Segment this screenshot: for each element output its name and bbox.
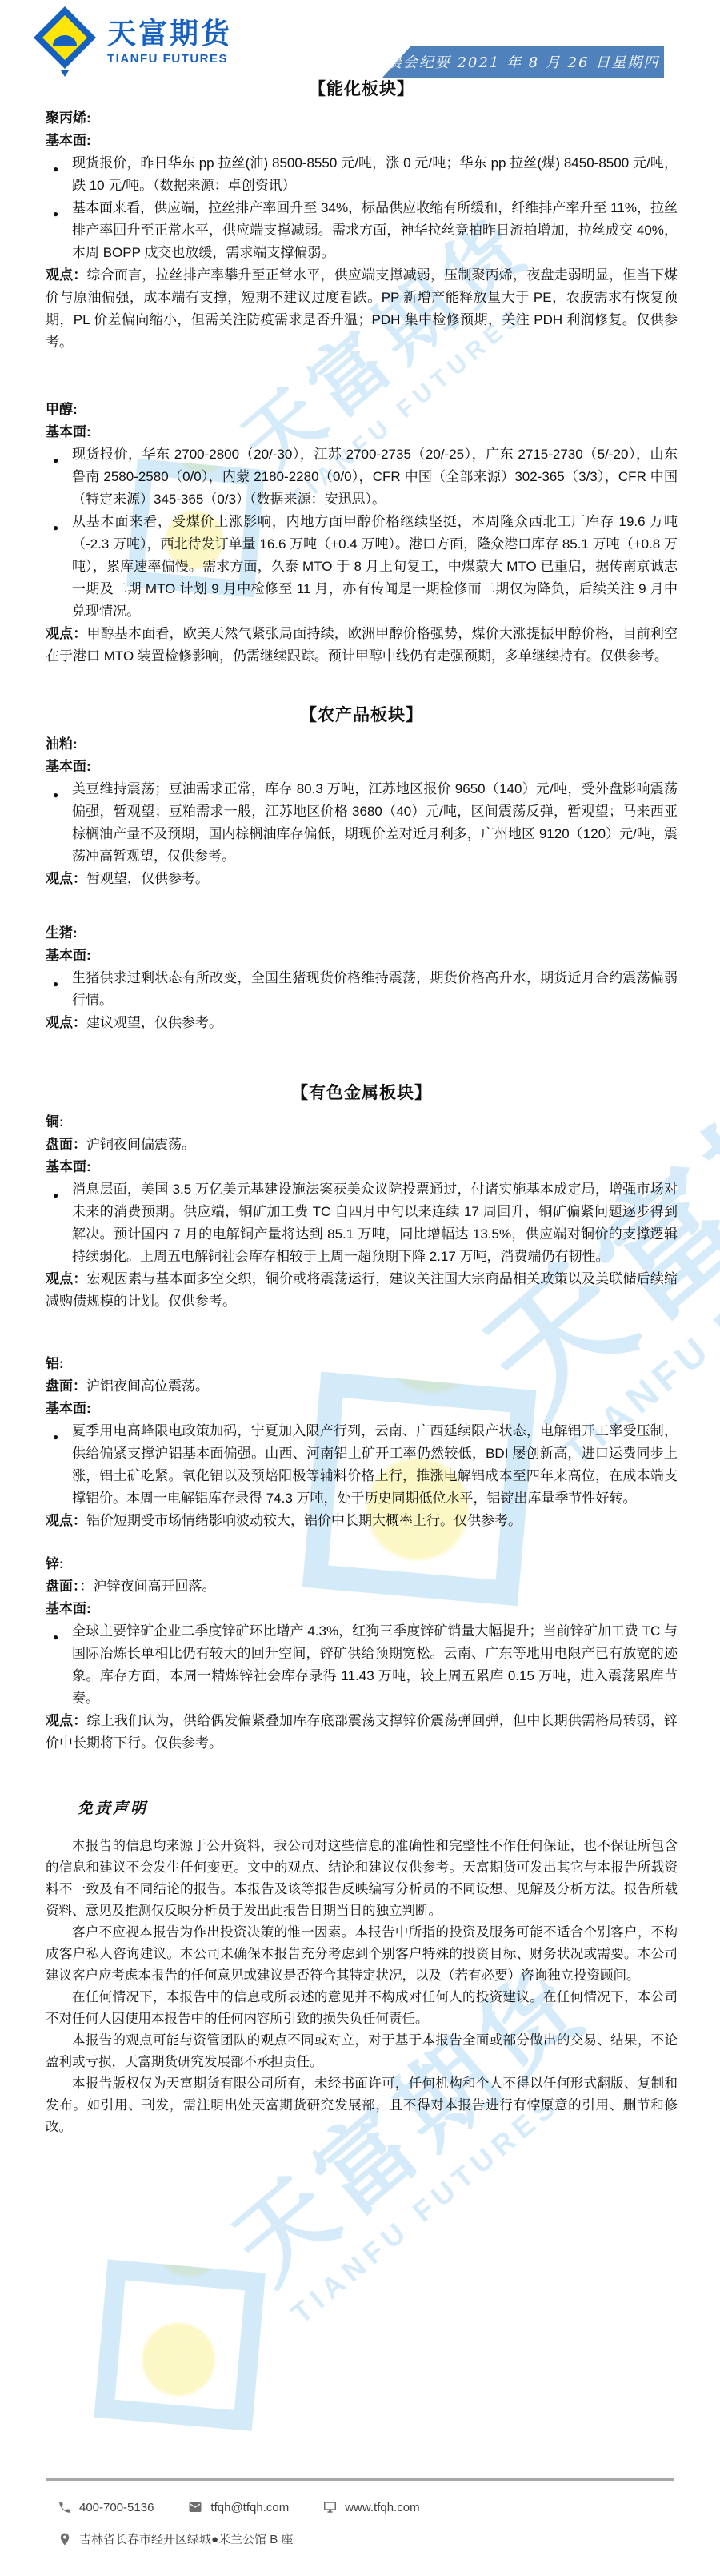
bullet-item: ● 现货报价，昨日华东 pp 拉丝(油) 8500-8550 元/吨，涨 0 元… — [46, 152, 678, 197]
fundamentals-label: 基本面: — [46, 130, 678, 152]
fundamentals-label: 基本面: — [46, 756, 678, 778]
bullet-text: 全球主要锌矿企业二季度锌矿环比增产 4.3%，红狗三季度锌矿销量大幅提升；当前锌… — [72, 1620, 678, 1710]
bullet-icon: ● — [46, 197, 72, 264]
fundamentals-label: 基本面: — [46, 945, 678, 967]
commodity-name: 油粕: — [46, 733, 678, 756]
viewpoint-text: 综上我们认为，供给偶发偏紧叠加库存底部震荡支撑锌价震荡弹回弹，但中长期供需格局转… — [46, 1713, 678, 1751]
section-title-agriculture: 【农产品板块】 — [46, 704, 678, 727]
fundamentals-label: 基本面: — [46, 421, 678, 443]
bullet-item: ● 全球主要锌矿企业二季度锌矿环比增产 4.3%，红狗三季度锌矿销量大幅提升；当… — [46, 1620, 678, 1710]
bullet-text: 现货报价，昨日华东 pp 拉丝(油) 8500-8550 元/吨，涨 0 元/吨… — [72, 152, 678, 197]
fundamentals-label: 基本面: — [46, 1598, 678, 1620]
footer-email[interactable]: tfqh@tfqh.com — [187, 2500, 289, 2514]
bullet-text: 夏季用电高峰限电政策加码，宁夏加入限产行列，云南、广西延续限产状态，电解铝开工率… — [72, 1420, 678, 1510]
location-pin-icon — [58, 2531, 72, 2547]
bullet-item: ● 现货报价，华东 2700-2800（20/-30），江苏 2700-2735… — [46, 443, 678, 511]
board-summary: 盘面：沪铝夜间高位震荡。 — [46, 1375, 678, 1398]
brand-watermark: 天富期货 TIANFU FUTURES — [48, 2121, 656, 2280]
viewpoint: 观点：综合而言，拉丝排产率攀升至正常水平，供应端支撑减弱，压制聚丙烯，夜盘走弱明… — [46, 264, 678, 354]
bullet-icon: ● — [46, 1620, 72, 1710]
report-body: 【能化板块】 聚丙烯: 基本面: ● 现货报价，昨日华东 pp 拉丝(油) 85… — [46, 78, 678, 2137]
page-header: 天富期货 TIANFU FUTURES 晨会纪要 2021 年 8 月 26 日… — [0, 0, 720, 80]
commodity-polypropylene: 聚丙烯: 基本面: ● 现货报价，昨日华东 pp 拉丝(油) 8500-8550… — [46, 107, 678, 354]
commodity-methanol: 甲醇: 基本面: ● 现货报价，华东 2700-2800（20/-30），江苏 … — [46, 399, 678, 668]
commodity-zinc: 锌: 盘面：：沪锌夜间高开回落。 基本面: ● 全球主要锌矿企业二季度锌矿环比增… — [46, 1553, 678, 1755]
board-summary: 盘面：：沪锌夜间高开回落。 — [46, 1575, 678, 1598]
board-label: 盘面： — [46, 1579, 80, 1594]
report-page: 天富期货 TIANFU FUTURES 天富期货 TIANFU FUTURES … — [0, 0, 720, 2576]
bullet-item: ● 消息层面，美国 3.5 万亿美元基建设施法案获美众议院投票通过，付诸实施基本… — [46, 1178, 678, 1268]
bullet-text: 基本面来看，供应端，拉丝排产率回升至 34%，标品供应收缩有所缓和，纤维排产率升… — [72, 197, 678, 264]
address-text: 吉林省长春市经开区绿城●米兰公馆 B 座 — [79, 2530, 293, 2547]
bullet-icon: ● — [46, 778, 72, 868]
board-label: 盘面： — [46, 1378, 86, 1394]
phone-icon — [58, 2500, 72, 2514]
watermark-diamond-logo — [94, 2259, 266, 2431]
disclaimer-paragraph: 本报告版权仅为天富期货有限公司所有，未经书面许可，任何机构和个人不得以任何形式翻… — [46, 2072, 678, 2137]
viewpoint-text: 综合而言，拉丝排产率攀升至正常水平，供应端支撑减弱，压制聚丙烯，夜盘走弱明显，但… — [46, 267, 678, 350]
brand-name-cn: 天富期货 — [107, 19, 232, 48]
commodity-name: 甲醇: — [46, 399, 678, 421]
viewpoint: 观点：铝价短期受市场情绪影响波动较大，铝价中长期大概率上行。仅供参考。 — [46, 1510, 678, 1532]
viewpoint-text: 建议观望，仅供参考。 — [86, 1015, 222, 1030]
commodity-name: 锌: — [46, 1553, 678, 1575]
report-title-date: 晨会纪要 2021 年 8 月 26 日星期四 — [387, 51, 660, 72]
viewpoint: 观点：综上我们认为，供给偶发偏紧叠加库存底部震荡支撑锌价震荡弹回弹，但中长期供需… — [46, 1710, 678, 1755]
commodity-name: 聚丙烯: — [46, 107, 678, 130]
commodity-hogs: 生猪: 基本面: ● 生猪供求过剩状态有所改变，全国生猪现货价格维持震荡，期货价… — [46, 922, 678, 1034]
viewpoint-label: 观点： — [46, 1271, 87, 1286]
disclaimer-section: 免责声明 本报告的信息均来源于公开资料，我公司对这些信息的准确性和完整性不作任何… — [46, 1798, 678, 2137]
board-label: 盘面： — [46, 1137, 86, 1152]
viewpoint-label: 观点： — [46, 1713, 87, 1728]
commodity-name: 生猪: — [46, 922, 678, 945]
bullet-item: ● 从基本面来看，受煤价上涨影响，内地方面甲醇价格继续坚挺，本周隆众西北工厂库存… — [46, 511, 678, 623]
footer-address: 吉林省长春市经开区绿城●米兰公馆 B 座 — [58, 2530, 293, 2547]
disclaimer-paragraph: 本报告的观点可能与资管团队的观点不同或对立，对于基于本报告全面或部分做出的交易、… — [46, 2029, 678, 2072]
footer-website[interactable]: www.tfqh.com — [322, 2500, 419, 2514]
board-text: ：沪锌夜间高开回落。 — [80, 1579, 216, 1594]
viewpoint-text: 铝价短期受市场情绪影响波动较大，铝价中长期大概率上行。仅供参考。 — [86, 1513, 522, 1528]
monitor-icon — [322, 2500, 338, 2514]
viewpoint: 观点：甲醇基本面看，欧美天然气紧张局面持续，欧洲甲醇价格强势，煤价大涨提振甲醇价… — [46, 623, 678, 668]
disclaimer-paragraph: 在任何情况下，本报告中的信息或所表述的意见并不构成对任何人的投资建议。在任何情况… — [46, 1986, 678, 2029]
board-text: 沪铝夜间高位震荡。 — [86, 1378, 209, 1394]
website-url: www.tfqh.com — [345, 2501, 419, 2514]
company-logo: 天富期货 TIANFU FUTURES — [34, 6, 232, 77]
viewpoint-label: 观点： — [46, 267, 87, 283]
viewpoint-label: 观点： — [46, 1513, 86, 1528]
bullet-text: 生猪供求过剩状态有所改变，全国生猪现货价格维持震荡，期货价格高升水，期货近月合约… — [72, 967, 678, 1012]
disclaimer-paragraph: 本报告的信息均来源于公开资料，我公司对这些信息的准确性和完整性不作任何保证，也不… — [46, 1835, 678, 1921]
board-text: 沪铜夜间偏震荡。 — [86, 1137, 195, 1152]
bullet-item: ● 夏季用电高峰限电政策加码，宁夏加入限产行列，云南、广西延续限产状态，电解铝开… — [46, 1420, 678, 1510]
disclaimer-paragraph: 客户不应视本报告为作出投资决策的惟一因素。本报告中所指的投资及服务可能不适合个别… — [46, 1921, 678, 1986]
page-footer: 400-700-5136 tfqh@tfqh.com www.tfqh.com … — [0, 2478, 720, 2563]
bullet-item: ● 生猪供求过剩状态有所改变，全国生猪现货价格维持震荡，期货价格高升水，期货近月… — [46, 967, 678, 1012]
viewpoint-label: 观点： — [46, 1015, 86, 1030]
bullet-item: ● 美豆维持震荡；豆油需求正常，库存 80.3 万吨，江苏地区报价 9650（1… — [46, 778, 678, 868]
email-address: tfqh@tfqh.com — [210, 2501, 289, 2514]
section-title-energy: 【能化板块】 — [46, 78, 678, 101]
bullet-text: 消息层面，美国 3.5 万亿美元基建设施法案获美众议院投票通过，付诸实施基本成定… — [72, 1178, 678, 1268]
disclaimer-title: 免责声明 — [78, 1798, 678, 1820]
viewpoint: 观点：暂观望，仅供参考。 — [46, 868, 678, 890]
fundamentals-label: 基本面: — [46, 1156, 678, 1178]
commodity-oilmeal: 油粕: 基本面: ● 美豆维持震荡；豆油需求正常，库存 80.3 万吨，江苏地区… — [46, 733, 678, 890]
bullet-item: ● 基本面来看，供应端，拉丝排产率回升至 34%，标品供应收缩有所缓和，纤维排产… — [46, 197, 678, 264]
report-title-banner: 晨会纪要 2021 年 8 月 26 日星期四 — [382, 46, 664, 78]
bullet-icon: ● — [46, 152, 72, 197]
fundamentals-label: 基本面: — [46, 1398, 678, 1420]
footer-phone: 400-700-5136 — [58, 2500, 154, 2514]
footer-divider — [46, 2478, 674, 2481]
viewpoint: 观点：建议观望，仅供参考。 — [46, 1012, 678, 1034]
bullet-icon: ● — [46, 511, 72, 623]
mail-icon — [187, 2500, 203, 2514]
commodity-copper: 铜: 盘面：沪铜夜间偏震荡。 基本面: ● 消息层面，美国 3.5 万亿美元基建… — [46, 1111, 678, 1313]
bullet-text: 从基本面来看，受煤价上涨影响，内地方面甲醇价格继续坚挺，本周隆众西北工厂库存 1… — [72, 511, 678, 623]
bullet-text: 美豆维持震荡；豆油需求正常，库存 80.3 万吨，江苏地区报价 9650（140… — [72, 778, 678, 868]
commodity-name: 铝: — [46, 1353, 678, 1375]
bullet-icon: ● — [46, 967, 72, 1012]
viewpoint: 观点：宏观因素与基本面多空交织，铜价或将震荡运行，建议关注国大宗商品相关政策以及… — [46, 1268, 678, 1313]
brand-name-en: TIANFU FUTURES — [107, 53, 232, 65]
section-title-metals: 【有色金属板块】 — [46, 1082, 678, 1105]
bullet-text: 现货报价，华东 2700-2800（20/-30），江苏 2700-2735（2… — [72, 443, 678, 511]
viewpoint-label: 观点： — [46, 626, 87, 641]
viewpoint-label: 观点： — [46, 871, 86, 886]
board-summary: 盘面：沪铜夜间偏震荡。 — [46, 1134, 678, 1156]
viewpoint-text: 暂观望，仅供参考。 — [86, 871, 209, 886]
bullet-icon: ● — [46, 443, 72, 511]
bullet-icon: ● — [46, 1420, 72, 1510]
commodity-name: 铜: — [46, 1111, 678, 1134]
bullet-icon: ● — [46, 1178, 72, 1268]
commodity-aluminum: 铝: 盘面：沪铝夜间高位震荡。 基本面: ● 夏季用电高峰限电政策加码，宁夏加入… — [46, 1353, 678, 1532]
tianfu-diamond-logo-icon — [34, 6, 96, 77]
phone-number: 400-700-5136 — [79, 2501, 154, 2514]
viewpoint-text: 宏观因素与基本面多空交织，铜价或将震荡运行，建议关注国大宗商品相关政策以及美联储… — [46, 1271, 678, 1309]
viewpoint-text: 甲醇基本面看，欧美天然气紧张局面持续，欧洲甲醇价格强势，煤价大涨提振甲醇价格，目… — [46, 626, 678, 664]
